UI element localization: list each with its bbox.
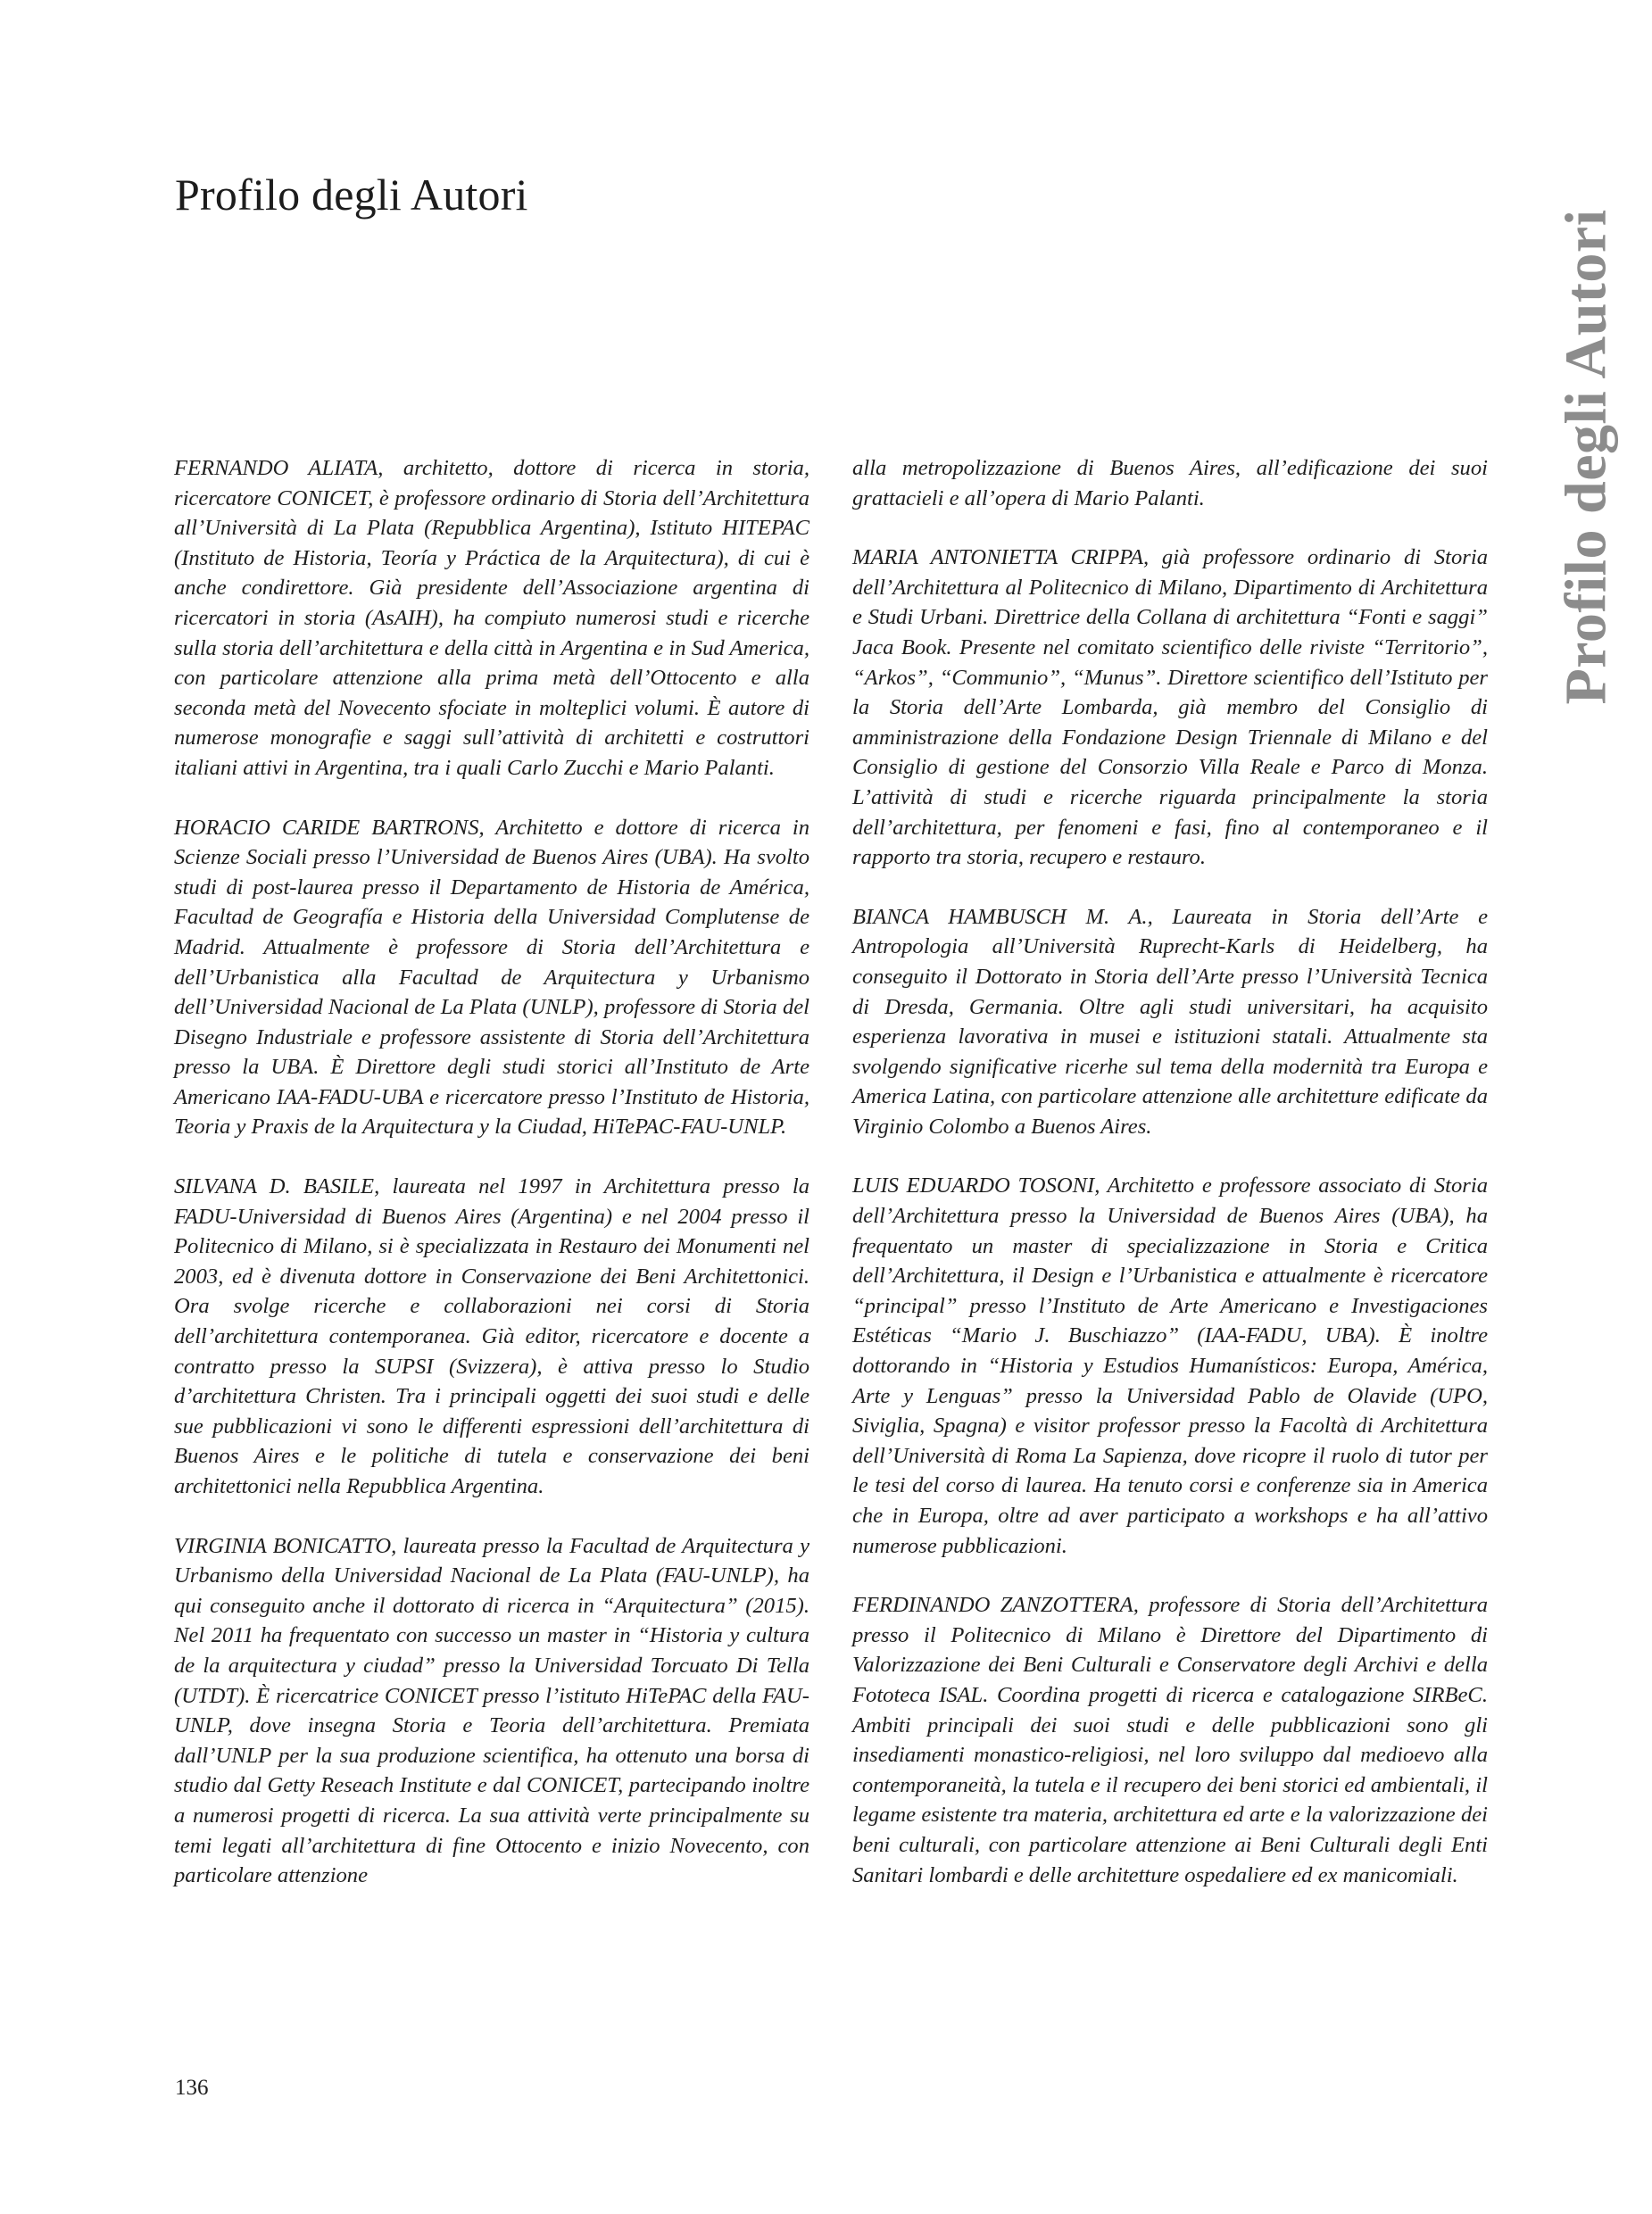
author-bio-text: , Laureata in Storia dell’Arte e Antropo…	[852, 905, 1488, 1139]
author-name: FERNANDO ALIATA	[174, 456, 378, 480]
author-bio-bonicatto-continued: alla metropolizzazione di Buenos Aires, …	[852, 453, 1488, 513]
author-bio-text: , architetto, dottore di ricerca in stor…	[174, 456, 809, 780]
author-bio-text: , già professore ordinario di Storia del…	[852, 545, 1488, 869]
author-bio-caride-bartrons: HORACIO CARIDE BARTRONS, Architetto e do…	[174, 813, 809, 1143]
right-column: alla metropolizzazione di Buenos Aires, …	[852, 453, 1488, 1920]
author-name: LUIS EDUARDO TOSONI	[852, 1173, 1094, 1198]
author-name: FERDINANDO ZANZOTTERA	[852, 1593, 1133, 1617]
author-bio-hambusch: BIANCA HAMBUSCH M. A., Laureata in Stori…	[852, 902, 1488, 1142]
left-column: FERNANDO ALIATA, architetto, dottore di …	[174, 453, 809, 1920]
author-name: HORACIO CARIDE BARTRONS	[174, 816, 479, 840]
author-bio-aliata: FERNANDO ALIATA, architetto, dottore di …	[174, 453, 809, 784]
page-number: 136	[175, 2076, 209, 2101]
author-bio-tosoni: LUIS EDUARDO TOSONI, Architetto e profes…	[852, 1171, 1488, 1561]
author-bio-text: , laureata presso la Facultad de Arquite…	[174, 1534, 809, 1888]
author-name: SILVANA D. BASILE	[174, 1174, 374, 1198]
author-bio-text: , laureata nel 1997 in Architettura pres…	[174, 1174, 809, 1498]
author-bio-bonicatto: VIRGINIA BONICATTO, laureata presso la F…	[174, 1531, 809, 1891]
author-bio-zanzottera: FERDINANDO ZANZOTTERA, professore di Sto…	[852, 1590, 1488, 1890]
author-bio-text: , Architetto e dottore di ricerca in Sci…	[174, 816, 809, 1140]
side-running-title: Profilo degli Autori	[1551, 207, 1623, 707]
author-bio-text: , professore di Storia dell’Architettura…	[852, 1593, 1488, 1886]
author-bio-crippa: MARIA ANTONIETTA CRIPPA, già professore …	[852, 543, 1488, 873]
author-name: MARIA ANTONIETTA CRIPPA	[852, 545, 1143, 569]
author-bio-text: alla metropolizzazione di Buenos Aires, …	[852, 456, 1488, 510]
author-bio-basile: SILVANA D. BASILE, laureata nel 1997 in …	[174, 1172, 809, 1502]
author-bio-text: , Architetto e professore associato di S…	[852, 1173, 1488, 1557]
page-title: Profilo degli Autori	[175, 168, 528, 221]
author-name: VIRGINIA BONICATTO	[174, 1534, 391, 1558]
author-name: BIANCA HAMBUSCH M. A.	[852, 905, 1148, 929]
side-running-title-text: Profilo degli Autori	[1553, 209, 1621, 704]
